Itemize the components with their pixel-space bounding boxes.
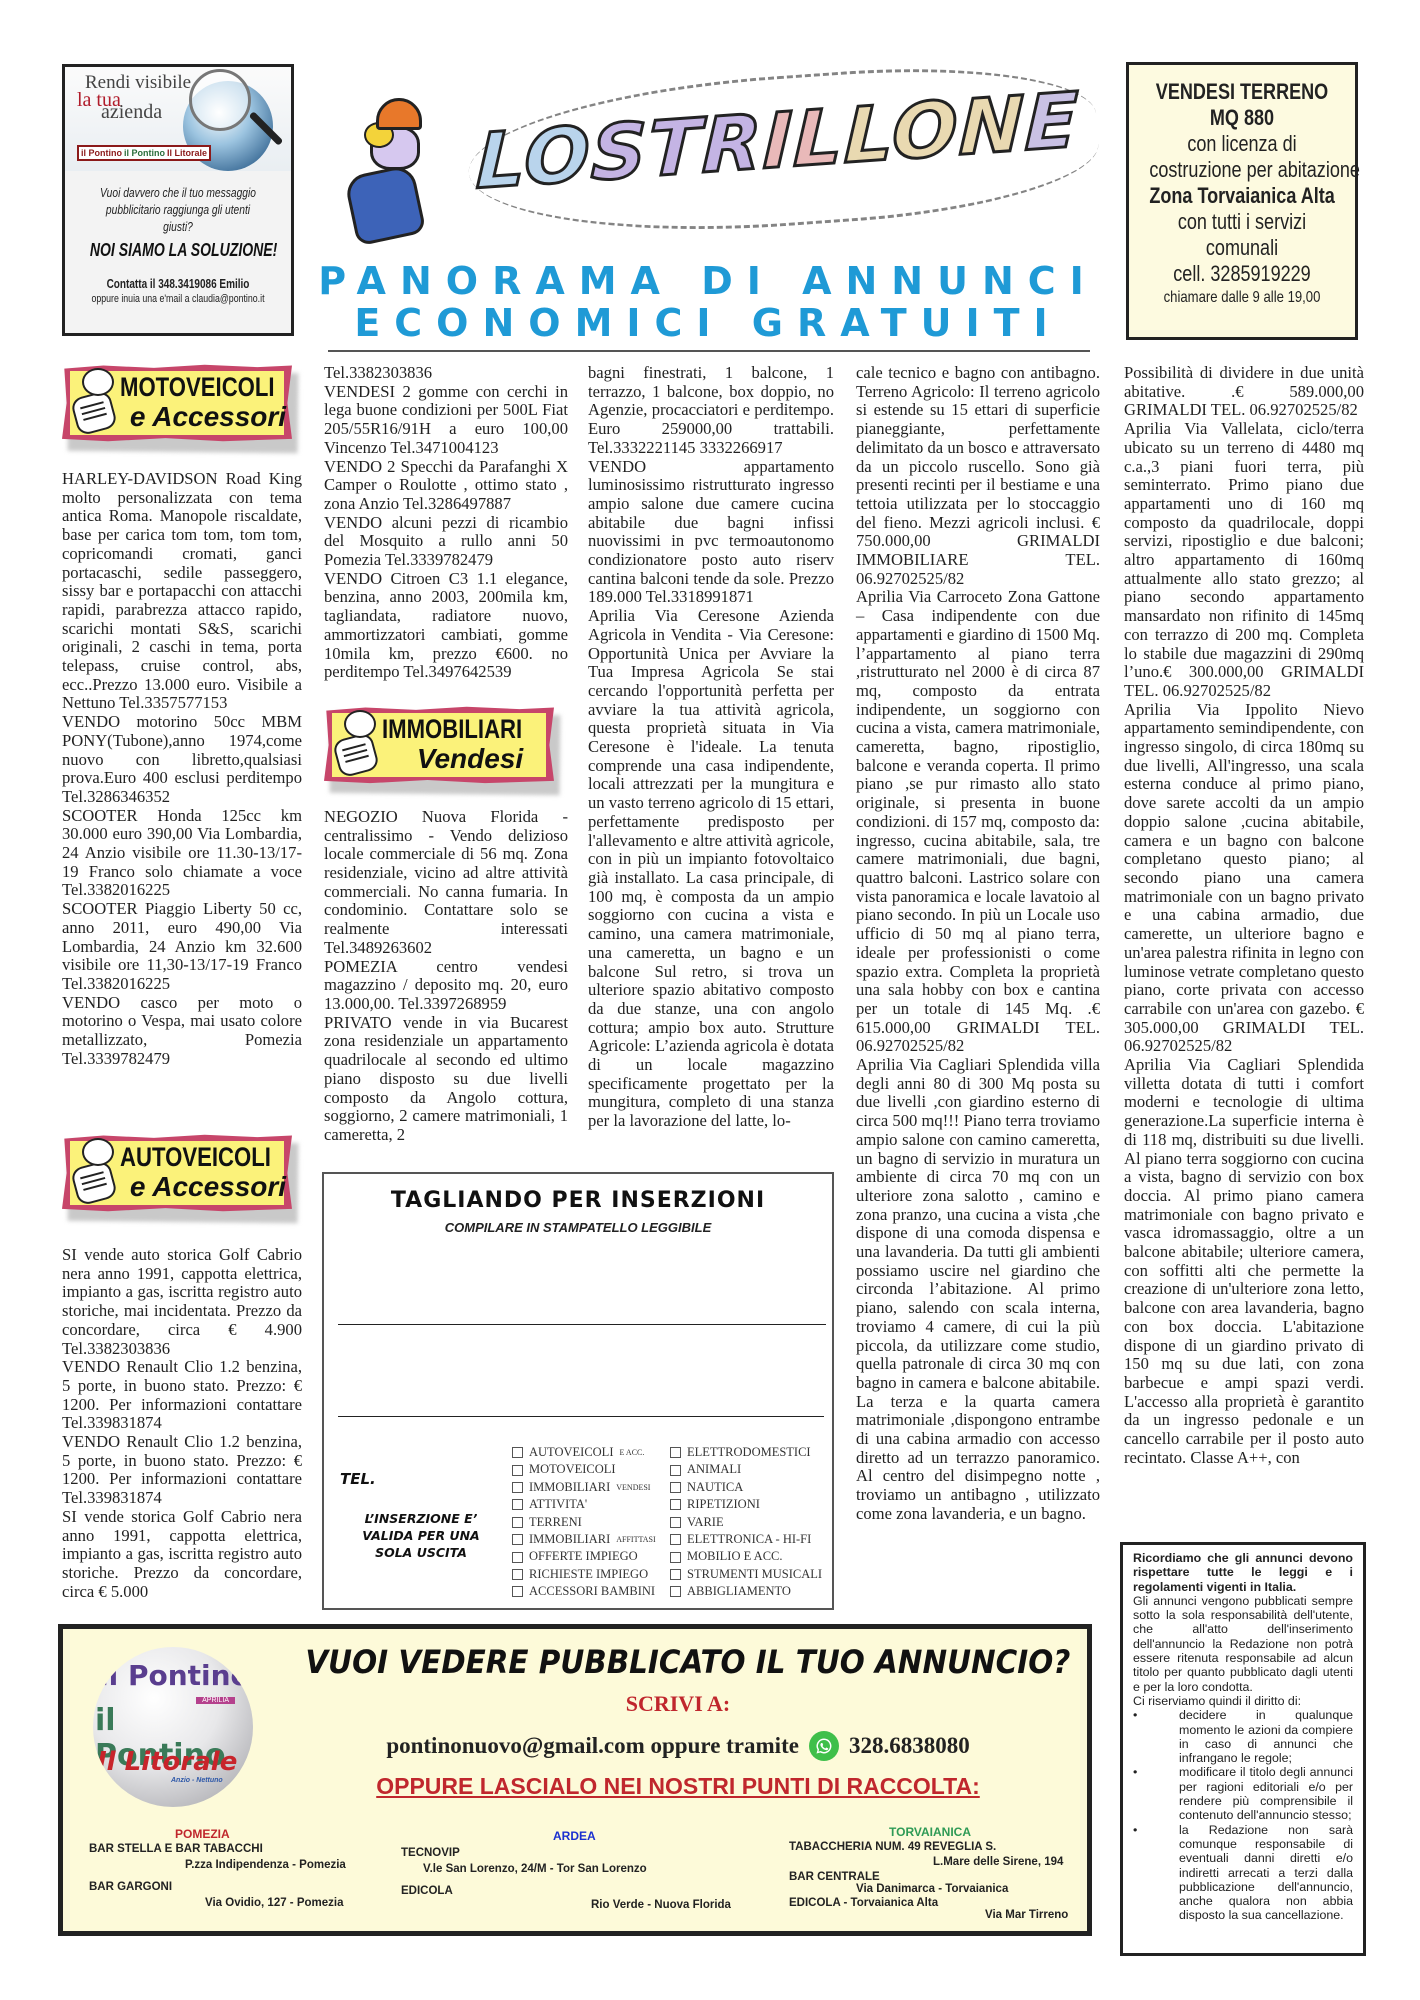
classified-ad: Aprilia Via Cagliari Splendida villetta … [1124,1056,1364,1467]
magnifier-icon [189,69,251,131]
coupon-categories-left: AUTOVEICOLIE ACC. MOTOVEICOLI IMMOBILIAR… [512,1444,656,1601]
classified-ad: VENDO 2 Specchi da Parafanghi X Camper o… [324,458,568,514]
tagline-line-1: PANORAMA DI ANNUNCI [318,260,1098,302]
paper-logo: il Pontino [124,148,165,158]
collection-point-address: P.zza Indipendenza - Pomezia [185,1859,346,1871]
collection-point-name: BAR GARGONI [89,1881,172,1893]
masthead-divider [328,350,1090,352]
city-torvaianica: TORVAIANICA [889,1825,971,1839]
category-checkbox-mobilio[interactable]: MOBILIO E ACC. [670,1548,822,1565]
classified-ad: Possibilità di dividere in due unità abi… [1124,364,1364,420]
newsboy-mascot-icon [328,98,438,248]
category-checkbox-terreni[interactable]: TERRENI [512,1514,656,1531]
collection-point-address: Via Ovidio, 127 - Pomezia [205,1897,343,1909]
ad-zone: Zona Torvaianica Alta [1149,183,1334,209]
ad-text: con tutti i servizi [1149,209,1334,235]
category-checkbox-immobiliari-vendesi[interactable]: IMMOBILIARIVENDESI [512,1479,656,1496]
category-checkbox-elettronica[interactable]: ELETTRONICA - HI-FI [670,1531,822,1548]
checkbox-icon[interactable] [670,1499,681,1510]
paper-logo: il Pontino [81,148,122,158]
masthead: LOSTRILLONE PANORAMA DI ANNUNCI ECONOMIC… [318,62,1098,358]
classified-ad: VENDO alcuni pezzi di ricambio del Mosqu… [324,514,568,570]
section-subtitle: Vendesi [390,744,550,774]
classified-ad: cale tecnico e bagno con antibagno. Terr… [856,364,1100,588]
column-1: MOTOVEICOLI e Accessori HARLEY-DAVIDSON … [62,364,302,1069]
column-4: cale tecnico e bagno con antibagno. Terr… [856,364,1100,1524]
collection-point-name: TECNOVIP [401,1847,460,1859]
checkbox-icon[interactable] [670,1569,681,1580]
coupon-validity-note: L’INSERZIONE E’ VALIDA PER UNA SOLA USCI… [346,1510,496,1561]
classified-ad: PRIVATO vende in via Bucarest zona resid… [324,1014,568,1145]
checkbox-icon[interactable] [512,1482,523,1493]
promo-ad-header: Rendi visibile la tua azienda il Pontino… [65,67,291,171]
coupon-subtitle: COMPILARE IN STAMPATELLO LEGGIBILE [324,1220,832,1235]
classified-ad: Tel.3382303836 [324,364,568,383]
section-title: MOTOVEICOLI [120,372,258,402]
city-pomezia: POMEZIA [175,1827,230,1841]
category-checkbox-nautica[interactable]: NAUTICA [670,1479,822,1496]
ad-vendesi-terreno: VENDESI TERRENO MQ 880 con licenza di co… [1126,62,1358,340]
category-checkbox-offerte-impiego[interactable]: OFFERTE IMPIEGO [512,1548,656,1565]
checkbox-icon[interactable] [670,1534,681,1545]
checkbox-icon[interactable] [512,1586,523,1597]
checkbox-icon[interactable] [670,1482,681,1493]
classified-ad: VENDO Citroen C3 1.1 elegance, benzina, … [324,570,568,682]
classified-ad: SI vende storica Golf Cabrio nera anno 1… [62,1508,302,1602]
classified-ad: Aprilia Via Ceresone Azienda Agricola in… [588,607,834,1131]
ad-text: comunali [1149,235,1334,261]
classified-ad: bagni finestrati, 1 balcone, 1 terrazzo,… [588,364,834,458]
coupon-tel-label: TEL. [340,1470,376,1488]
ad-size: MQ 880 [1149,105,1334,131]
coupon-write-line[interactable] [338,1324,826,1325]
classified-ad: SCOOTER Honda 125cc km 30.000 euro 390,0… [62,807,302,901]
column-5: Possibilità di dividere in due unità abi… [1124,364,1364,1467]
section-subtitle: e Accessori [128,402,288,432]
section-title: AUTOVEICOLI [120,1142,258,1172]
ad-title: VENDESI TERRENO [1149,79,1334,105]
classified-ad: SCOOTER Piaggio Liberty 50 cc, anno 2011… [62,900,302,994]
checkbox-icon[interactable] [512,1569,523,1580]
category-checkbox-motoveicoli[interactable]: MOTOVEICOLI [512,1461,656,1478]
collection-point-address: Via Danimarca - Torvaianica [856,1883,1008,1895]
classified-ad: VENDO Renault Clio 1.2 benzina, 5 porte,… [62,1433,302,1508]
column-3: bagni finestrati, 1 balcone, 1 terrazzo,… [588,364,834,1131]
classified-ad: VENDO motorino 50cc MBM PONY(Tubone),ann… [62,713,302,807]
tagline-line-2: ECONOMICI GRATUITI [318,302,1098,344]
ad-phone: cell. 3285919229 [1149,261,1334,287]
classified-ad: POMEZIA centro vendesi magazzino / depos… [324,958,568,1014]
column-2: Tel.3382303836 VENDESI 2 gomme con cerch… [324,364,568,1145]
column-1-auto: AUTOVEICOLI e Accessori SI vende auto st… [62,1134,302,1601]
disclaimer-body: Gli annunci vengono pubblicati sempre so… [1133,1594,1353,1694]
bottom-ad-scrivi: SCRIVI A: [273,1691,1083,1717]
city-ardea: ARDEA [553,1829,596,1843]
mascot-icon [66,1136,126,1208]
section-banner-motoveicoli: MOTOVEICOLI e Accessori [62,364,300,452]
collection-point-name: BAR STELLA E BAR TABACCHI [89,1843,263,1855]
promo-email: oppure inuia una e'mail a claudia@pontin… [88,293,269,305]
collection-point-name: EDICOLA [401,1885,453,1897]
ad-hours: chiamare dalle 9 alle 19,00 [1149,287,1334,309]
checkbox-icon[interactable] [512,1447,523,1458]
classified-ad: Aprilia Via Ippolito Nievo appartamento … [1124,701,1364,1056]
lo-strillone-logo: LOSTRILLONE [328,68,1098,258]
collection-point-name: EDICOLA - Torvaianica Alta [789,1897,938,1909]
collection-point-address: Via Mar Tirreno [985,1909,1068,1921]
insertion-coupon-form: TAGLIANDO PER INSERZIONI COMPILARE IN ST… [322,1172,834,1610]
collection-point-name: TABACCHERIA NUM. 49 REVEGLIA S. [789,1841,996,1853]
category-checkbox-accessori-bambini[interactable]: ACCESSORI BAMBINI [512,1583,656,1600]
disclaimer-lead: Ricordiamo che gli annunci devono rispet… [1133,1551,1353,1594]
collection-point-address: V.le San Lorenzo, 24/M - Tor San Lorenzo [423,1863,647,1875]
collection-point-address: Rio Verde - Nuova Florida [591,1899,731,1911]
classified-ad: Aprilia Via Vallelata, ciclo/terra ubica… [1124,420,1364,701]
classified-ad: VENDO casco per moto o motorino o Vespa,… [62,994,302,1069]
promo-line-3: azienda [101,101,162,124]
checkbox-icon[interactable] [512,1534,523,1545]
promo-solution: NOI SIAMO LA SOLUZIONE! [90,240,266,261]
checkbox-icon[interactable] [670,1517,681,1528]
classified-ad: NEGOZIO Nuova Florida - centralissimo - … [324,808,568,958]
disclaimer-bullet: •la Redazione non sarà comunque responsa… [1133,1823,1353,1923]
contact-phone[interactable]: 328.6838080 [849,1733,970,1759]
classified-ad: Aprilia Via Cagliari Splendida villa deg… [856,1056,1100,1524]
classified-ad: VENDO appartamento luminosissimo ristrut… [588,458,834,608]
whatsapp-icon [809,1731,839,1761]
newspaper-logos: il Pontino il Pontino Il Litorale [77,145,211,161]
masthead-tagline: PANORAMA DI ANNUNCI ECONOMICI GRATUITI [318,260,1098,344]
category-checkbox-strumenti-musicali[interactable]: STRUMENTI MUSICALI [670,1566,822,1583]
classified-ad: VENDO Renault Clio 1.2 benzina, 5 porte,… [62,1358,302,1433]
pontino-sphere-logo: il Pontino APRILIA il Pontino Il Litoral… [93,1647,253,1807]
section-subtitle: e Accessori [128,1172,288,1202]
coupon-title: TAGLIANDO PER INSERZIONI [324,1188,832,1213]
checkbox-icon[interactable] [670,1552,681,1563]
ad-text: con licenza di [1149,131,1334,157]
category-checkbox-autoveicoli[interactable]: AUTOVEICOLIE ACC. [512,1444,656,1461]
classified-ad: SI vende auto storica Golf Cabrio nera a… [62,1246,302,1358]
category-checkbox-varie[interactable]: VARIE [670,1514,822,1531]
promo-ad-rendi-visibile: Rendi visibile la tua azienda il Pontino… [62,64,294,336]
section-banner-immobiliari: IMMOBILIARI Vendesi [324,706,562,794]
category-checkbox-animali[interactable]: ANIMALI [670,1461,822,1478]
checkbox-icon[interactable] [512,1465,523,1476]
coupon-write-line[interactable] [338,1416,824,1417]
mascot-icon [66,366,126,438]
checkbox-icon[interactable] [512,1517,523,1528]
category-checkbox-attivita[interactable]: ATTIVITA' [512,1496,656,1513]
disclaimer-intro: Ci riserviamo quindi il diritto di: [1133,1694,1353,1708]
contact-email[interactable]: pontinonuovo@gmail.com oppure tramite [386,1733,799,1759]
section-banner-autoveicoli: AUTOVEICOLI e Accessori [62,1134,300,1222]
ad-text: costruzione per abitazione [1149,157,1334,183]
checkbox-icon[interactable] [670,1447,681,1458]
classified-ad: HARLEY-DAVIDSON Road King molto personal… [62,470,302,713]
checkbox-icon[interactable] [512,1499,523,1510]
checkbox-icon[interactable] [512,1552,523,1563]
checkbox-icon[interactable] [670,1586,681,1597]
checkbox-icon[interactable] [670,1465,681,1476]
category-checkbox-immobiliari-affittasi[interactable]: IMMOBILIARIAFFITTASI [512,1531,656,1548]
disclaimer-box: Ricordiamo che gli annunci devono rispet… [1120,1542,1366,1956]
disclaimer-bullet: •modificare il titolo degli annunci per … [1133,1765,1353,1822]
disclaimer-bullet: •decidere in qualunque momento le azioni… [1133,1708,1353,1765]
classified-ad: VENDESI 2 gomme con cerchi in lega buone… [324,383,568,458]
promo-message: Vuoi davvero che il tuo messaggio pubbli… [85,171,270,236]
promo-contact: Contatta il 348.3419086 Emilio [88,277,269,291]
collection-point-address: L.Mare delle Sirene, 194 [933,1856,1063,1868]
category-checkbox-richieste-impiego[interactable]: RICHIESTE IMPIEGO [512,1566,656,1583]
bottom-ad-publish: il Pontino APRILIA il Pontino Il Litoral… [58,1624,1092,1936]
category-checkbox-elettrodomestici[interactable]: ELETTRODOMESTICI [670,1444,822,1461]
category-checkbox-ripetizioni[interactable]: RIPETIZIONI [670,1496,822,1513]
bottom-ad-contact: pontinonuovo@gmail.com oppure tramite 32… [273,1731,1083,1761]
mascot-icon [328,708,388,780]
collection-point-name: BAR CENTRALE [789,1871,880,1883]
classified-ad: Aprilia Via Carroceto Zona Gattone – Cas… [856,588,1100,1056]
bottom-ad-collection-points-title: OPPURE LASCIALO NEI NOSTRI PUNTI DI RACC… [273,1773,1083,1800]
coupon-categories-right: ELETTRODOMESTICI ANIMALI NAUTICA RIPETIZ… [670,1444,822,1601]
paper-logo: Il Litorale [167,148,207,158]
category-checkbox-abbigliamento[interactable]: ABBIGLIAMENTO [670,1583,822,1600]
section-title: IMMOBILIARI [382,714,520,744]
bottom-ad-headline: VUOI VEDERE PUBBLICATO IL TUO ANNUNCIO? [305,1643,1050,1681]
